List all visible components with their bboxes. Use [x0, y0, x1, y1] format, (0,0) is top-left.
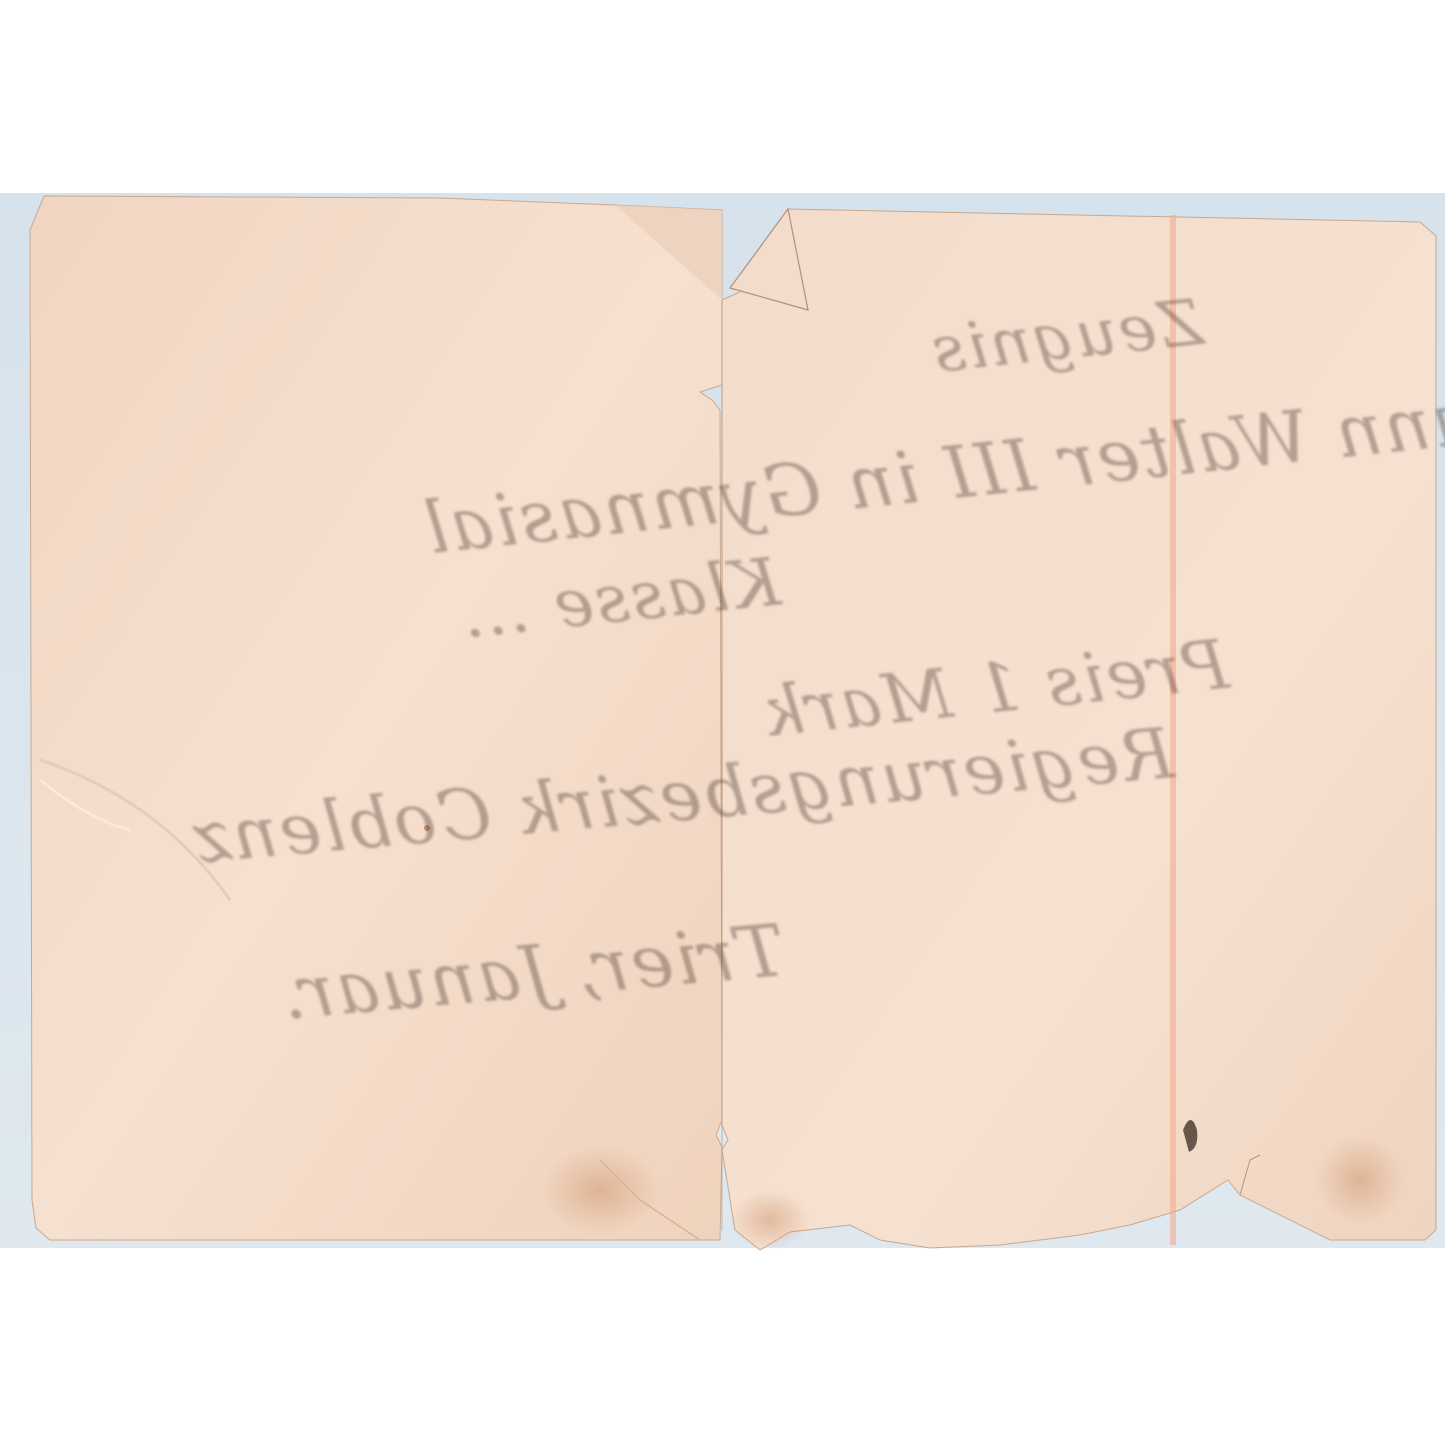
torn-paper-document: [0, 0, 1445, 1445]
paper-left-half: [30, 196, 722, 1240]
